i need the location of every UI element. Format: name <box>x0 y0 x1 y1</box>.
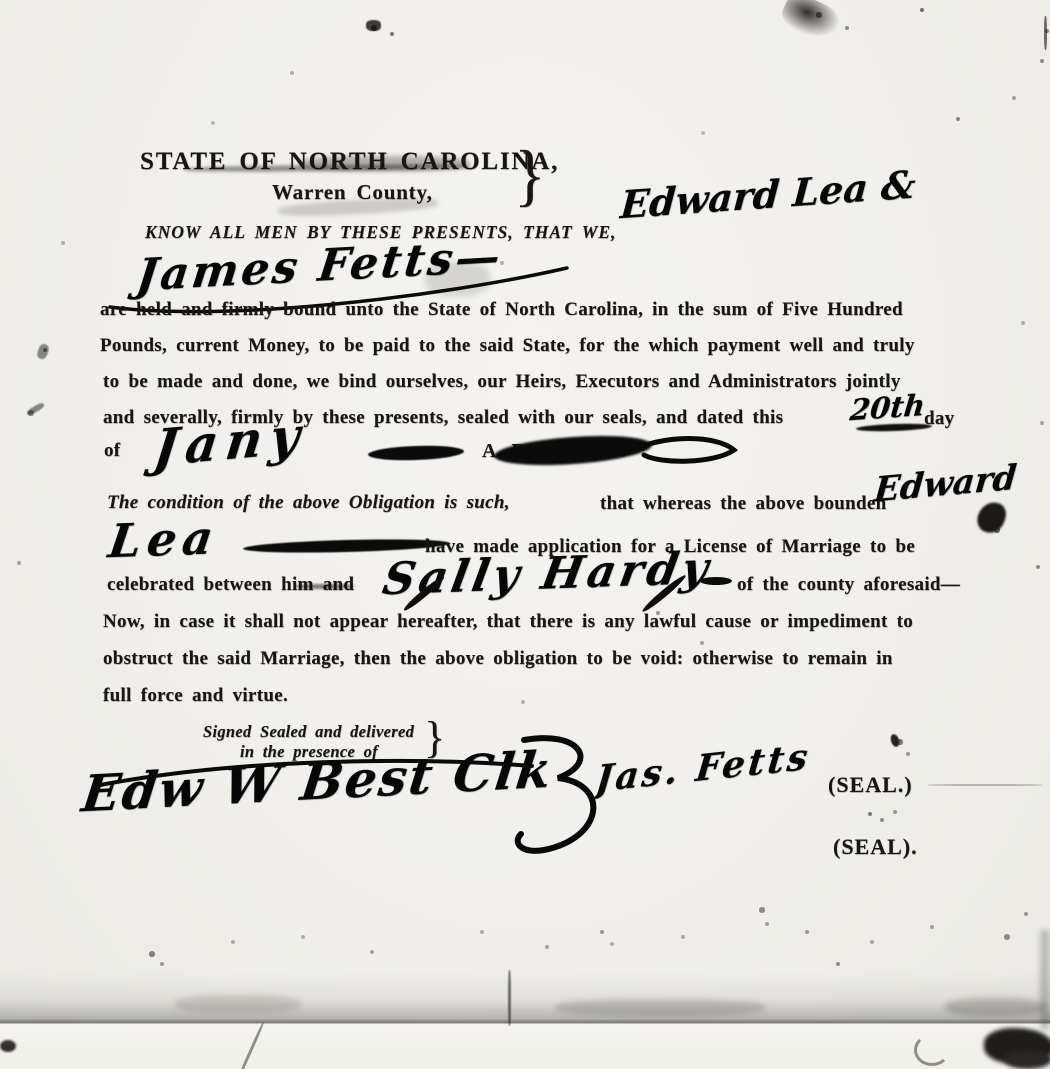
month-dash-blot <box>368 444 464 461</box>
right-edge-shade <box>1040 930 1050 1030</box>
obstruct-line: obstruct the said Marriage, then the abo… <box>103 648 893 670</box>
left-edge-blot <box>0 1040 16 1052</box>
state-line: STATE OF NORTH CAROLINA, <box>140 148 559 176</box>
day-handwritten: 20th <box>848 388 926 428</box>
celebrated-suffix: of the county aforesaid— <box>737 574 960 596</box>
condition-lead-rest: that whereas the above bounden <box>600 493 886 515</box>
day-suffix: day <box>924 408 954 430</box>
crease-vertical-mark <box>508 970 511 1026</box>
witness-attestation-line-1: Signed Sealed and delivered <box>203 722 414 742</box>
county-line: Warren County, <box>272 180 433 205</box>
bond-line-3: to be made and done, we bind ourselves, … <box>103 371 901 393</box>
paper-speckles <box>0 0 2 2</box>
corner-arc-mark <box>914 1034 950 1066</box>
margin-mark-left-2 <box>26 402 45 417</box>
of-word: of <box>104 440 120 462</box>
ink-dot-top-left <box>366 20 381 31</box>
seal-bottom-label: (SEAL). <box>833 834 918 860</box>
header-brace: } <box>514 136 546 216</box>
witness-signature-strike <box>90 752 540 792</box>
principal-name-handwritten: Edward Lea & <box>619 161 917 227</box>
bond-line-1: are held and firmly bound unto the State… <box>100 299 903 321</box>
bondsman-signature-handwritten: Jas. Fetts <box>594 735 813 800</box>
him-smudge <box>296 584 354 589</box>
bride-dash-blot <box>700 577 732 585</box>
now-line: Now, in case it shall not appear hereaft… <box>103 611 913 633</box>
corner-blot-tail <box>1004 1050 1050 1069</box>
margin-mark-left-1 <box>36 343 51 361</box>
below-fold-strip <box>0 1024 1050 1069</box>
fold-crease <box>0 972 1050 1024</box>
ink-blot-top <box>777 0 845 46</box>
ink-mark-near-seal <box>889 733 901 748</box>
groom-last-name-handwritten: Lea <box>105 510 222 568</box>
year-flourish <box>618 428 748 472</box>
document-page: STATE OF NORTH CAROLINA, Warren County, … <box>0 0 1050 1069</box>
seal-line-faint <box>928 784 1043 786</box>
condition-lead: The condition of the above Obligation is… <box>107 492 510 514</box>
seal-top-label: (SEAL.) <box>828 772 913 798</box>
month-handwritten: Jany <box>151 405 311 478</box>
right-edge-line <box>1044 16 1047 50</box>
bond-line-2: Pounds, current Money, to be paid to the… <box>100 335 915 357</box>
ink-blot-right-margin <box>974 499 1008 536</box>
closing-line: full force and virtue. <box>103 685 288 707</box>
